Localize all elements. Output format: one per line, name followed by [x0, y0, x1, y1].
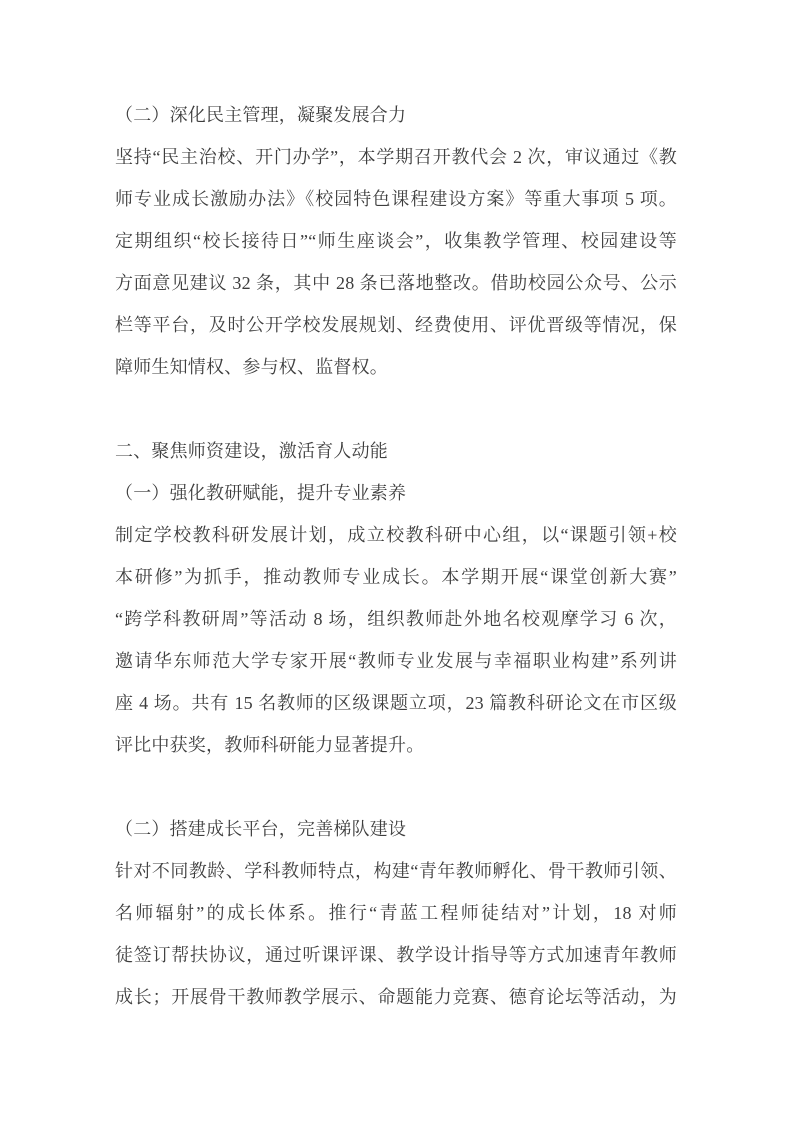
- body-text-line: 制定学校教科研发展计划，成立校教科研中心组，以“课题引领+校: [115, 514, 677, 556]
- body-text-line: 成长；开展骨干教师教学展示、命题能力竞赛、德育论坛等活动，为: [115, 976, 677, 1018]
- body-text-line: 名师辐射”的成长体系。推行“青蓝工程师徒结对”计划，18 对师: [115, 892, 677, 934]
- document-text: （二）深化民主管理，凝聚发展合力坚持“民主治校、开门办学”，本学期召开教代会 2…: [115, 94, 677, 1018]
- body-text-line: 针对不同教龄、学科教师特点，构建“青年教师孵化、骨干教师引领、: [115, 850, 677, 892]
- body-text-line: 座 4 场。共有 15 名教师的区级课题立项，23 篇教科研论文在市区级: [115, 682, 677, 724]
- document-page: （二）深化民主管理，凝聚发展合力坚持“民主治校、开门办学”，本学期召开教代会 2…: [0, 0, 793, 1122]
- body-text-line: “跨学科教研周”等活动 8 场，组织教师赴外地名校观摩学习 6 次，: [115, 598, 677, 640]
- body-text-line: 方面意见建议 32 条，其中 28 条已落地整改。借助校园公众号、公示: [115, 262, 677, 304]
- blank-line: [115, 766, 677, 808]
- body-text-line: 本研修”为抓手，推动教师专业成长。本学期开展“课堂创新大赛”: [115, 556, 677, 598]
- body-text-line: 徒签订帮扶协议，通过听课评课、教学设计指导等方式加速青年教师: [115, 934, 677, 976]
- body-text-line: 障师生知情权、参与权、监督权。: [115, 346, 677, 388]
- body-text-line: 定期组织“校长接待日”“师生座谈会”，收集教学管理、校园建设等: [115, 220, 677, 262]
- body-text-line: 评比中获奖，教师科研能力显著提升。: [115, 724, 677, 766]
- body-text-line: 坚持“民主治校、开门办学”，本学期召开教代会 2 次，审议通过《教: [115, 136, 677, 178]
- body-text-line: 邀请华东师范大学专家开展“教师专业发展与幸福职业构建”系列讲: [115, 640, 677, 682]
- blank-line: [115, 388, 677, 430]
- heading-line: （二）深化民主管理，凝聚发展合力: [115, 94, 677, 136]
- body-text-line: 栏等平台，及时公开学校发展规划、经费使用、评优晋级等情况，保: [115, 304, 677, 346]
- body-text-line: 师专业成长激励办法》《校园特色课程建设方案》等重大事项 5 项。: [115, 178, 677, 220]
- heading-line: （二）搭建成长平台，完善梯队建设: [115, 808, 677, 850]
- heading-line: （一）强化教研赋能，提升专业素养: [115, 472, 677, 514]
- heading-line: 二、聚焦师资建设，激活育人动能: [115, 430, 677, 472]
